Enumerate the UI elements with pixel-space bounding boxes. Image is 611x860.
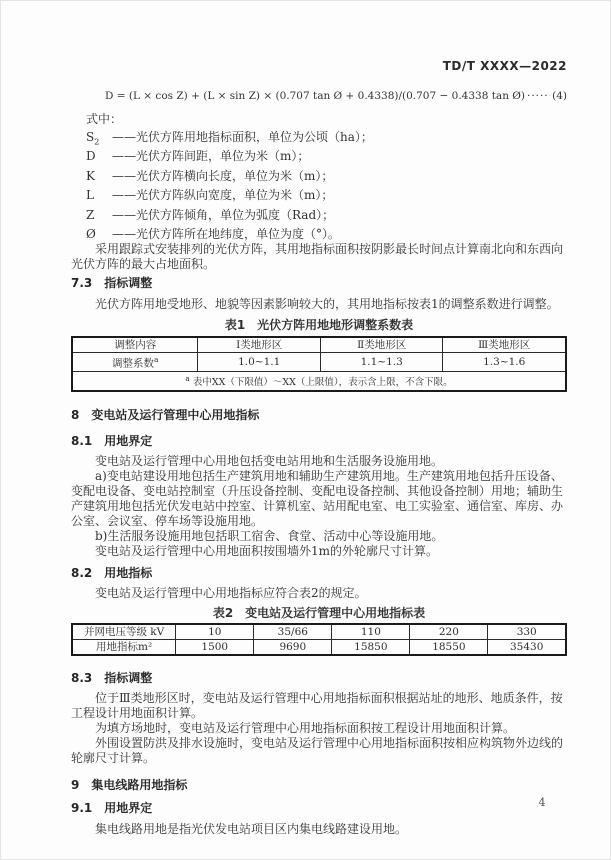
table-1-value-cell: 1.0~1.1 [198, 353, 321, 372]
table-2-index-cell: 15850 [332, 640, 410, 656]
symbol-definition-list: S2 ——光伏方阵用地指标面积，单位为公顷（ha）； D ——光伏方阵间距，单位… [86, 130, 567, 246]
heading-9-1-title: 用地界定 [104, 801, 152, 815]
symbol-z: Z [86, 208, 112, 227]
para-8-1-measure-rule: 变电站及运行管理中心用地面积按围墙外1m的外轮廓尺寸计算。 [71, 544, 567, 559]
table-2-index-cell: 18550 [410, 640, 488, 656]
heading-8: 8变电站及运行管理中心用地指标 [71, 408, 567, 423]
heading-9-title: 集电线路用地指标 [91, 778, 187, 792]
symbol-l: L [86, 188, 112, 207]
heading-9-1-number: 9.1 [71, 801, 92, 815]
para-9-1: 集电线路用地是指光伏发电站项目区内集电线路建设用地。 [71, 822, 567, 837]
table-2-caption: 表2变电站及运行管理中心用地指标表 [71, 606, 567, 621]
symbol-definition-d: D ——光伏方阵间距，单位为米（m）； [86, 149, 567, 168]
heading-7-3-number: 7.3 [71, 276, 92, 290]
symbol-definition-l: L ——光伏方阵纵向宽度，单位为米（m）； [86, 188, 567, 207]
heading-8-number: 8 [71, 408, 79, 422]
symbol-s2-description: ——光伏方阵用地指标面积，单位为公顷（ha）； [112, 130, 567, 149]
symbol-k: K [86, 169, 112, 188]
heading-8-3-title: 指标调整 [104, 671, 152, 685]
heading-8-1-title: 用地界定 [104, 434, 152, 448]
para-8-1-intro: 变电站及运行管理中心用地包括变电站用地和生活服务设施用地。 [71, 454, 567, 469]
table-2-voltage-cell: 10 [176, 624, 254, 640]
symbol-z-description: ——光伏方阵倾角，单位为弧度（Rad）； [112, 208, 567, 227]
equation-4: D = (L × cos Z) + (L × sin Z) × (0.707 t… [105, 89, 567, 104]
table-2-index-cell: 1500 [176, 640, 254, 656]
symbol-k-description: ——光伏方阵横向长度，单位为米（m）； [112, 169, 567, 188]
heading-8-2-title: 用地指标 [104, 566, 152, 580]
document-code-header: TD/T XXXX—2022 [71, 59, 567, 74]
para-8-3-flood-drainage: 外围设置防洪及排水设施时，变电站及运行管理中心用地指标面积按相应构筑物外边线的轮… [71, 736, 567, 766]
equation-leader-dots: ·································· [527, 89, 550, 104]
table-2-voltage-row: 并网电压等级 kV 10 35/66 110 220 330 [72, 624, 566, 640]
heading-8-1-number: 8.1 [71, 434, 92, 448]
table-1-value-cell: 1.3~1.6 [443, 353, 566, 372]
table-1-footnote-row: a表中XX（下限值）～XX（上限值），表示含上限，不含下限。 [72, 371, 566, 391]
para-8-3-fill-site: 为填方场地时，变电站及运行管理中心用地指标面积按工程设计用地面积计算。 [71, 721, 567, 736]
page-content: TD/T XXXX—2022 D = (L × cos Z) + (L × si… [71, 59, 567, 837]
table-1-header-cell: Ⅱ类地形区 [320, 337, 443, 353]
where-clause-intro: 式中： [86, 112, 567, 127]
para-8-1-item-b: b)生活服务设施用地包括职工宿舍、食堂、活动中心等设施用地。 [71, 529, 567, 544]
table-1-terrain-adjustment: 调整内容 Ⅰ类地形区 Ⅱ类地形区 Ⅲ类地形区 调整系数a 1.0~1.1 1.1… [71, 336, 567, 392]
heading-8-3: 8.3指标调整 [71, 671, 567, 686]
symbol-s2: S2 [86, 130, 112, 149]
heading-9: 9集电线路用地指标 [71, 778, 567, 793]
table-2-row2-label: 用地指标m² [72, 640, 176, 656]
para-8-1-item-a: a)变电站建设用地包括生产建筑用地和辅助生产建筑用地。生产建筑用地包括升压设备、… [71, 469, 567, 529]
heading-8-2: 8.2用地指标 [71, 566, 567, 581]
table-1-row-label: 调整系数a [72, 353, 198, 372]
symbol-d: D [86, 149, 112, 168]
table-1-header-cell: Ⅰ类地形区 [198, 337, 321, 353]
para-7-3: 光伏方阵用地受地形、地貌等因素影响较大的，其用地指标按表1的调整系数进行调整。 [71, 297, 567, 312]
heading-7-3: 7.3指标调整 [71, 276, 567, 291]
table-1-data-row: 调整系数a 1.0~1.1 1.1~1.3 1.3~1.6 [72, 353, 566, 372]
symbol-d-description: ——光伏方阵间距，单位为米（m）； [112, 149, 567, 168]
page-number: 4 [532, 796, 552, 809]
document-page: TD/T XXXX—2022 D = (L × cos Z) + (L × si… [0, 0, 611, 860]
table-2-index-cell: 9690 [254, 640, 332, 656]
table-1-header-cell: Ⅲ类地形区 [443, 337, 566, 353]
para-8-3-terrain: 位于Ⅲ类地形区时，变电站及运行管理中心用地指标面积根据站址的地形、地质条件，按工… [71, 691, 567, 721]
symbol-l-description: ——光伏方阵纵向宽度，单位为米（m）； [112, 188, 567, 207]
table-2-voltage-cell: 35/66 [254, 624, 332, 640]
heading-9-number: 9 [71, 778, 79, 792]
tracking-array-note: 采用跟踪式安装排列的光伏方阵，其用地指标面积按阴影最长时间点计算南北向和东西向光… [71, 242, 567, 272]
table-1-footnote: a表中XX（下限值）～XX（上限值），表示含上限，不含下限。 [72, 371, 566, 391]
heading-8-2-number: 8.2 [71, 566, 92, 580]
heading-8-title: 变电站及运行管理中心用地指标 [91, 408, 259, 422]
symbol-definition-s2: S2 ——光伏方阵用地指标面积，单位为公顷（ha）； [86, 130, 567, 149]
table-2-caption-title: 变电站及运行管理中心用地指标表 [245, 606, 425, 620]
symbol-definition-z: Z ——光伏方阵倾角，单位为弧度（Rad）； [86, 208, 567, 227]
table-1-value-cell: 1.1~1.3 [320, 353, 443, 372]
table-1-header-cell: 调整内容 [72, 337, 198, 353]
table-2-voltage-cell: 330 [488, 624, 566, 640]
table-1-caption: 表1光伏方阵用地地形调整系数表 [71, 318, 567, 333]
para-8-2: 变电站及运行管理中心用地指标应符合表2的规定。 [71, 586, 567, 601]
table-2-station-land-index: 并网电压等级 kV 10 35/66 110 220 330 用地指标m² 15… [71, 623, 567, 656]
table-1-caption-title: 光伏方阵用地地形调整系数表 [257, 318, 413, 332]
table-2-caption-label: 表2 [213, 606, 233, 620]
table-2-row1-label: 并网电压等级 kV [72, 624, 176, 640]
heading-8-3-number: 8.3 [71, 671, 92, 685]
heading-8-1: 8.1用地界定 [71, 434, 567, 449]
heading-7-3-title: 指标调整 [104, 276, 152, 290]
heading-9-1: 9.1用地界定 [71, 801, 567, 816]
equation-expression: D = (L × cos Z) + (L × sin Z) × (0.707 t… [105, 89, 525, 104]
table-2-voltage-cell: 220 [410, 624, 488, 640]
table-1-caption-label: 表1 [225, 318, 245, 332]
equation-number: (4) [552, 89, 567, 104]
table-2-index-row: 用地指标m² 1500 9690 15850 18550 35430 [72, 640, 566, 656]
table-1-header-row: 调整内容 Ⅰ类地形区 Ⅱ类地形区 Ⅲ类地形区 [72, 337, 566, 353]
symbol-definition-k: K ——光伏方阵横向长度，单位为米（m）； [86, 169, 567, 188]
table-2-index-cell: 35430 [488, 640, 566, 656]
table-2-voltage-cell: 110 [332, 624, 410, 640]
